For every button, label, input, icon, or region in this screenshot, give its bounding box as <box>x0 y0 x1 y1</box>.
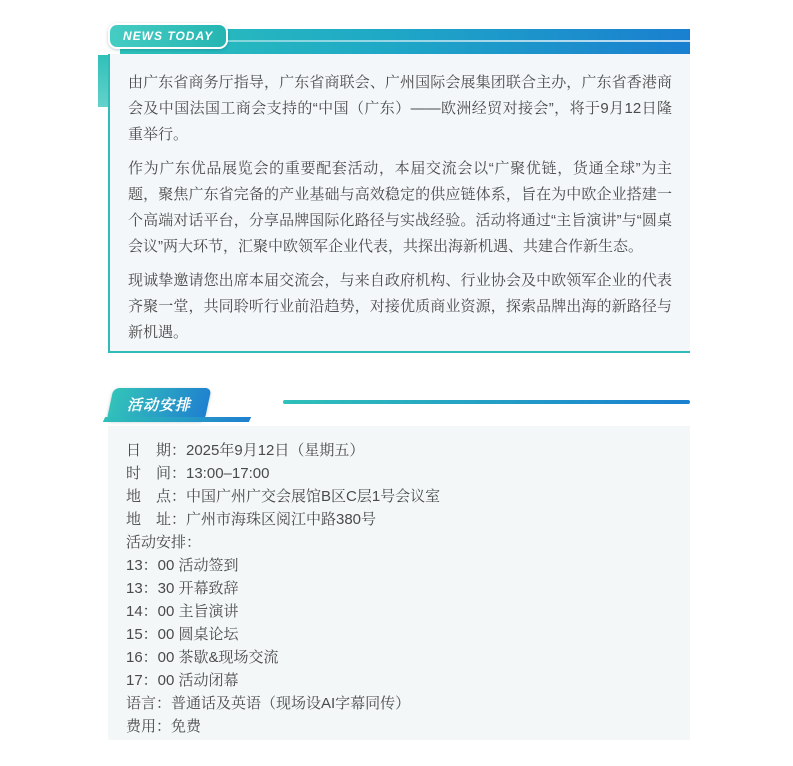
news-paragraph-theme: 作为广东优品展览会的重要配套活动，本届交流会以“广聚优链，货通全球”为主题，聚焦… <box>128 156 672 260</box>
news-paragraph-invitation: 现诚挚邀请您出席本届交流会，与来自政府机构、行业协会及中欧领军企业的代表齐聚一堂… <box>128 268 672 346</box>
schedule-line-1300: 13：00 活动签到 <box>126 554 672 577</box>
news-today-badge: NEWS TODAY <box>108 23 228 49</box>
schedule-line-language: 语言：普通话及英语（现场设AI字幕同传） <box>126 692 672 715</box>
left-accent-bar <box>98 55 108 107</box>
schedule-line-1400: 14：00 主旨演讲 <box>126 600 672 623</box>
article-page: { "colors": { "teal_accent": "#2fc0b9", … <box>0 0 793 766</box>
news-paragraph-intro: 由广东省商务厅指导，广东省商联会、广州国际会展集团联合主办，广东省香港商会及中国… <box>128 70 672 148</box>
schedule-card: 日 期：2025年9月12日（星期五） 时 间：13:00–17:00 地 点：… <box>108 426 690 740</box>
schedule-badge-underline <box>103 417 251 422</box>
schedule-line-1330: 13：30 开幕致辞 <box>126 577 672 600</box>
schedule-line-1700: 17：00 活动闭幕 <box>126 669 672 692</box>
schedule-line-address: 地 址：广州市海珠区阅江中路380号 <box>126 508 672 531</box>
schedule-line-fee: 费用：免费 <box>126 715 672 738</box>
schedule-line-date: 日 期：2025年9月12日（星期五） <box>126 439 672 462</box>
schedule-line-time: 时 间：13:00–17:00 <box>126 462 672 485</box>
schedule-line-venue: 地 点：中国广州广交会展馆B区C层1号会议室 <box>126 485 672 508</box>
schedule-line-1600: 16：00 茶歇&现场交流 <box>126 646 672 669</box>
schedule-line-1500: 15：00 圆桌论坛 <box>126 623 672 646</box>
news-card: 由广东省商务厅指导，广东省商联会、广州国际会展集团联合主办，广东省香港商会及中国… <box>108 54 690 353</box>
schedule-section-badge-label: 活动安排 <box>127 394 191 415</box>
schedule-header-line <box>283 400 690 404</box>
schedule-line-agenda-title: 活动安排： <box>126 531 672 554</box>
news-today-badge-label: NEWS TODAY <box>123 29 213 43</box>
